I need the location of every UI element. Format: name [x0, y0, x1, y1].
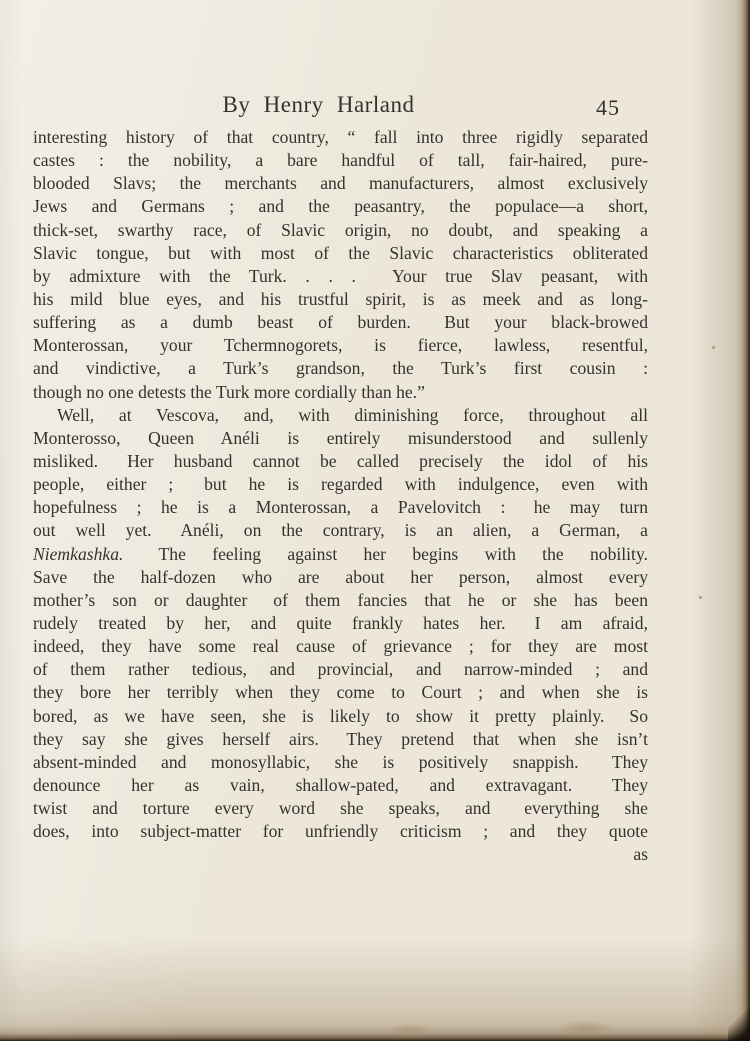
text-line: does, into subject-matter for unfriendly…	[33, 820, 648, 843]
text-line: bored, as we have seen, she is likely to…	[33, 705, 648, 728]
text-line: Save the half-dozen who are about her pe…	[33, 566, 648, 589]
book-page: By Henry Harland 45 interesting history …	[0, 0, 750, 1041]
text-line: by admixture with the Turk. . . . Your t…	[33, 265, 648, 288]
text-line: denounce her as vain, shallow-pated, and…	[33, 774, 648, 797]
page-text: interesting history of that country, “ f…	[33, 126, 648, 843]
text-line: and vindictive, a Turk’s grandson, the T…	[33, 357, 648, 380]
text-line: they bore her terribly when they come to…	[33, 681, 648, 704]
text-line: castes : the nobility, a bare handful of…	[33, 149, 648, 172]
text-line: people, either ; but he is regarded with…	[33, 473, 648, 496]
text-line: of them rather tedious, and provincial, …	[33, 658, 648, 681]
running-title: By Henry Harland	[11, 92, 626, 118]
text-line: blooded Slavs; the merchants and manufac…	[33, 172, 648, 195]
text-line: his mild blue eyes, and his trustful spi…	[33, 288, 648, 311]
text-line: rudely treated by her, and quite frankly…	[33, 612, 648, 635]
text-line: Monterossan, your Tchermnogorets, is fie…	[33, 334, 648, 357]
catchword: as	[633, 844, 648, 865]
page-corner-bottom-right	[728, 1007, 750, 1041]
text-line: twist and torture every word she speaks,…	[33, 797, 648, 820]
text-line: hopefulness ; he is a Monterossan, a Pav…	[33, 496, 648, 519]
text-line: misliked. Her husband cannot be called p…	[33, 450, 648, 473]
text-line: though no one detests the Turk more cord…	[33, 381, 648, 404]
page-edge-bottom	[0, 1025, 750, 1041]
text-line: Jews and Germans ; and the peasantry, th…	[33, 195, 648, 218]
text-line: they say she gives herself airs. They pr…	[33, 728, 648, 751]
text-line: mother’s son or daughter of them fancies…	[33, 589, 648, 612]
text-line: Slavic tongue, but with most of the Slav…	[33, 242, 648, 265]
text-line: Monterosso, Queen Anéli is entirely misu…	[33, 427, 648, 450]
text-line: Well, at Vescova, and, with diminishing …	[33, 404, 648, 427]
paper-speck	[699, 596, 702, 599]
text-line: absent-minded and monosyllabic, she is p…	[33, 751, 648, 774]
text-line: interesting history of that country, “ f…	[33, 126, 648, 149]
page-edge-right	[735, 0, 750, 1041]
paper-speck	[712, 346, 715, 349]
text-line: indeed, they have some real cause of gri…	[33, 635, 648, 658]
text-line: out well yet. Anéli, on the contrary, is…	[33, 519, 648, 542]
page-header: By Henry Harland 45	[33, 92, 648, 124]
page-number: 45	[596, 95, 620, 121]
text-line: Niemkashka. The feeling against her begi…	[33, 543, 648, 566]
text-line: thick-set, swarthy race, of Slavic origi…	[33, 219, 648, 242]
text-line: suffering as a dumb beast of burden. But…	[33, 311, 648, 334]
